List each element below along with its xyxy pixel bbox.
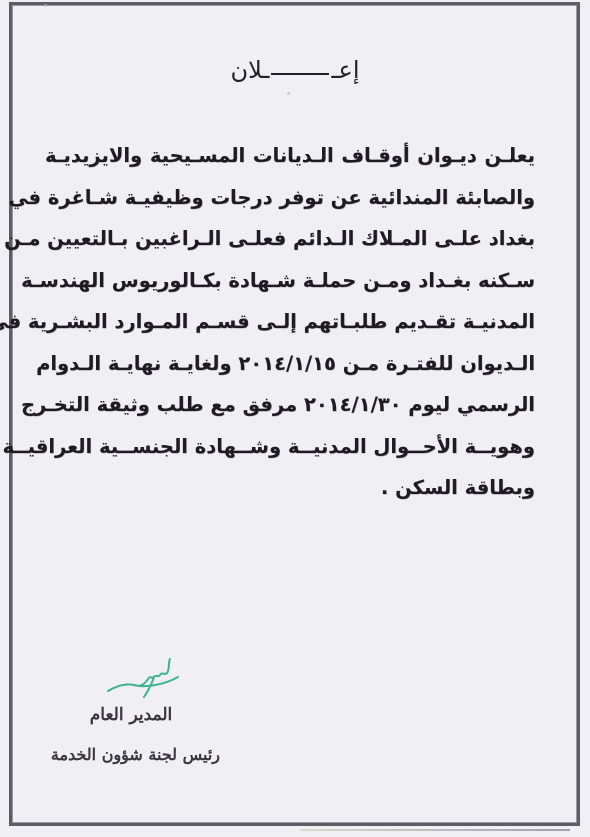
title-kashida-stroke [271, 73, 329, 75]
border-shadow-line [300, 829, 570, 831]
signatory-title: المدير العام [60, 702, 202, 728]
paper-speck [287, 92, 290, 95]
body-line-9: وبطاقة السكن . [45, 467, 535, 509]
announcement-title: إعــلان [0, 56, 590, 84]
body-line-5: المدنيـة تقـديم طلبـاتهم إلـى قسـم المـو… [45, 301, 535, 343]
body-line-7: الرسمي ليوم ٢٠١٤/١/٣٠ مرفق مع طلب وثيقة … [45, 384, 535, 426]
body-line-1: يعلـن ديـوان أوقـاف الـديانات المسـيحية … [45, 135, 535, 177]
body-line-4: سـكنه بغـداد ومـن حملـة شـهادة بكـالوريو… [45, 260, 535, 302]
body-line-6: الـديوان للفتـرة مـن ٢٠١٤/١/١٥ ولغايـة ن… [45, 343, 535, 385]
announcement-body: يعلـن ديـوان أوقـاف الـديانات المسـيحية … [45, 135, 535, 509]
body-line-2: والصابئة المندائية عن توفر درجات وظيفيـة… [45, 177, 535, 219]
document-page: إعــلان يعلـن ديـوان أوقـاف الـديانات ال… [0, 0, 590, 837]
paper-speck [44, 4, 47, 7]
signatory-subtitle: رئيس لجنة شؤون الخدمة [60, 742, 220, 768]
signature-block: المدير العام رئيس لجنة شؤون الخدمة [60, 702, 220, 768]
title-end: إعـ [331, 56, 359, 84]
title-start: ـلان [230, 56, 269, 84]
body-line-8: وهويــة الأحــوال المدنيــة وشــهادة الج… [45, 426, 535, 468]
body-line-3: بغداد علـى المـلاك الـدائم فعلـى الـراغب… [45, 218, 535, 260]
handwritten-signature-icon [104, 655, 184, 705]
